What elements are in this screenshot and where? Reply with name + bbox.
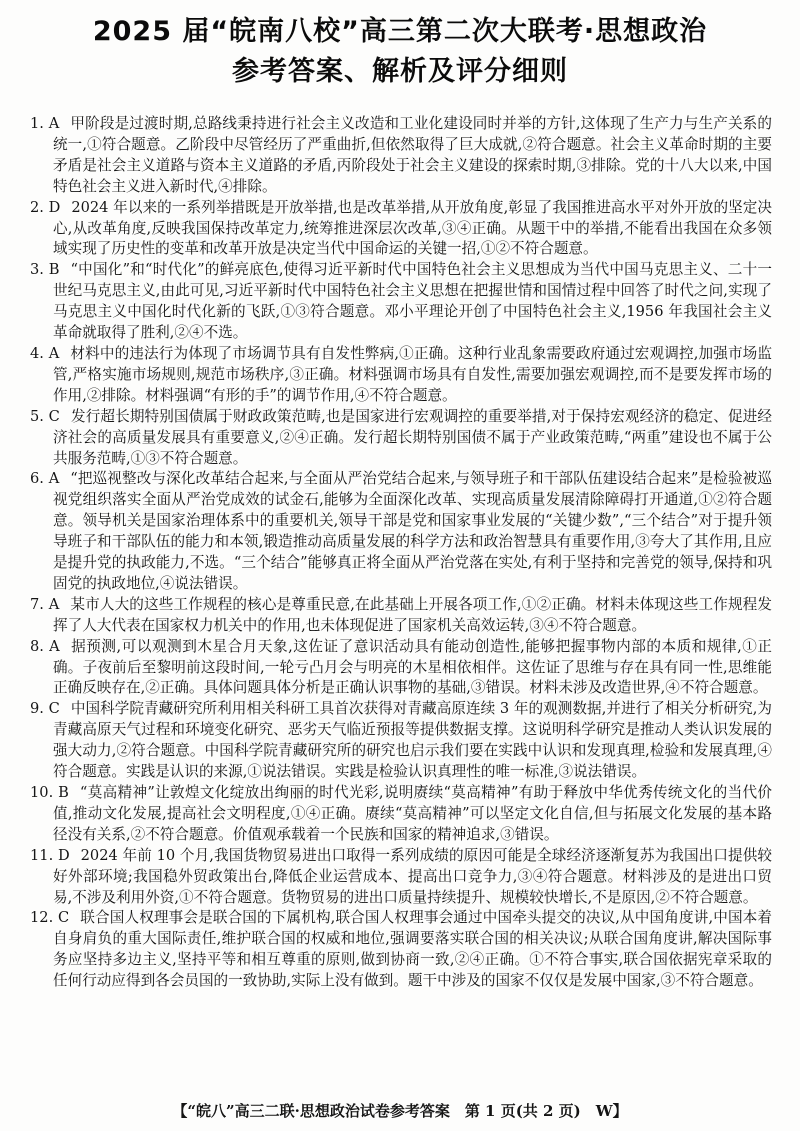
page-footer-text: 【“皖八”高三二联·思想政治试卷参考答案 第 1 页(共 2 页) W】 bbox=[172, 1102, 627, 1120]
answer-explanation: “莫高精神”让敦煌文化绽放出绚丽的时代光彩,说明赓续“莫高精神”有助于释放中华优… bbox=[53, 784, 772, 843]
answer-label: 3. B bbox=[30, 261, 60, 278]
answer-label: 2. D bbox=[30, 199, 60, 216]
answer-explanation: “把巡视整改与深化改革结合起来,与全面从严治党结合起来,与领导班子和干部队伍建设… bbox=[53, 470, 772, 592]
answer-item: 10. B“莫高精神”让敦煌文化绽放出绚丽的时代光彩,说明赓续“莫高精神”有助于… bbox=[30, 783, 772, 846]
page-footer: 【“皖八”高三二联·思想政治试卷参考答案 第 1 页(共 2 页) W】 bbox=[0, 1100, 800, 1121]
page-title-line1: 2025 届“皖南八校”高三第二次大联考·思想政治 bbox=[0, 12, 800, 52]
answer-label: 5. C bbox=[30, 408, 60, 425]
answer-label: 12. C bbox=[30, 909, 69, 926]
answer-item: 6. A“把巡视整改与深化改革结合起来,与全面从严治党结合起来,与领导班子和干部… bbox=[30, 469, 772, 594]
answer-explanation: 据预测,可以观测到木星合月天象,这佐证了意识活动具有能动创造性,能够把握事物内部… bbox=[53, 638, 772, 697]
answer-item: 11. D2024 年前 10 个月,我国货物贸易进出口取得一系列成绩的原因可能… bbox=[30, 846, 772, 909]
answer-item: 5. C发行超长期特别国债属于财政政策范畴,也是国家进行宏观调控的重要举措,对于… bbox=[30, 407, 772, 470]
answer-explanation: 中国科学院青藏研究所利用相关科研工具首次获得对青藏高原连续 3 年的观测数据,并… bbox=[53, 700, 772, 780]
answer-explanation: 联合国人权理事会是联合国的下属机构,联合国人权理事会通过中国牵头提交的决议,从中… bbox=[53, 909, 772, 989]
answer-label: 7. A bbox=[30, 596, 59, 613]
answer-label: 6. A bbox=[30, 470, 59, 487]
answer-key-page: 2025 届“皖南八校”高三第二次大联考·思想政治 参考答案、解析及评分细则 1… bbox=[0, 0, 800, 1131]
answer-label: 9. C bbox=[30, 700, 60, 717]
page-title-line2: 参考答案、解析及评分细则 bbox=[0, 52, 800, 92]
title-block: 2025 届“皖南八校”高三第二次大联考·思想政治 参考答案、解析及评分细则 bbox=[0, 0, 800, 92]
answer-explanation: 2024 年以来的一系列举措既是开放举措,也是改革举措,从开放角度,彰显了我国推… bbox=[53, 199, 772, 258]
answer-item: 12. C联合国人权理事会是联合国的下属机构,联合国人权理事会通过中国牵头提交的… bbox=[30, 908, 772, 992]
answer-item: 3. B“中国化”和“时代化”的鲜亮底色,使得习近平新时代中国特色社会主义思想成… bbox=[30, 260, 772, 344]
answer-explanation: 发行超长期特别国债属于财政政策范畴,也是国家进行宏观调控的重要举措,对于保持宏观… bbox=[53, 408, 772, 467]
answer-label: 8. A bbox=[30, 638, 60, 655]
answer-list: 1. A甲阶段是过渡时期,总路线秉持进行社会主义改造和工业化建设同时并举的方针,… bbox=[30, 114, 772, 992]
answer-label: 1. A bbox=[30, 115, 59, 132]
answer-item: 4. A材料中的违法行为体现了市场调节具有自发性弊病,①正确。这种行业乱象需要政… bbox=[30, 344, 772, 407]
answer-item: 9. C中国科学院青藏研究所利用相关科研工具首次获得对青藏高原连续 3 年的观测… bbox=[30, 699, 772, 783]
answer-item: 2. D2024 年以来的一系列举措既是开放举措,也是改革举措,从开放角度,彰显… bbox=[30, 198, 772, 261]
answer-item: 8. A据预测,可以观测到木星合月天象,这佐证了意识活动具有能动创造性,能够把握… bbox=[30, 637, 772, 700]
answer-explanation: 材料中的违法行为体现了市场调节具有自发性弊病,①正确。这种行业乱象需要政府通过宏… bbox=[53, 345, 772, 404]
answer-explanation: 某市人大的这些工作规程的核心是尊重民意,在此基础上开展各项工作,①②正确。材料未… bbox=[53, 596, 772, 634]
answer-item: 1. A甲阶段是过渡时期,总路线秉持进行社会主义改造和工业化建设同时并举的方针,… bbox=[30, 114, 772, 198]
answer-label: 11. D bbox=[30, 847, 70, 864]
answer-explanation: 2024 年前 10 个月,我国货物贸易进出口取得一系列成绩的原因可能是全球经济… bbox=[53, 847, 772, 906]
answer-label: 10. B bbox=[30, 784, 69, 801]
answer-item: 7. A某市人大的这些工作规程的核心是尊重民意,在此基础上开展各项工作,①②正确… bbox=[30, 595, 772, 637]
answer-explanation: 甲阶段是过渡时期,总路线秉持进行社会主义改造和工业化建设同时并举的方针,这体现了… bbox=[53, 115, 772, 195]
answer-label: 4. A bbox=[30, 345, 59, 362]
answer-explanation: “中国化”和“时代化”的鲜亮底色,使得习近平新时代中国特色社会主义思想成为当代中… bbox=[53, 261, 772, 341]
